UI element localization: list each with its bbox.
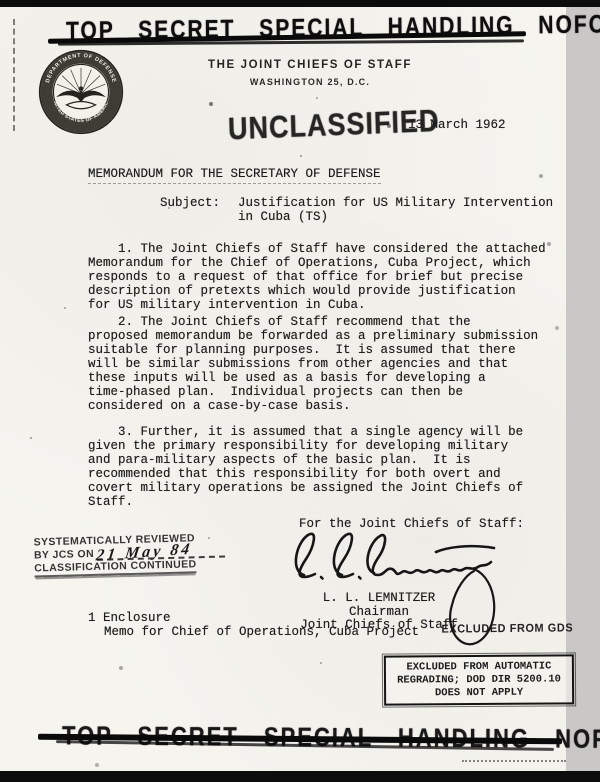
regrading-line1: EXCLUDED FROM AUTOMATIC bbox=[388, 660, 570, 674]
scan-artifact-dashes bbox=[462, 760, 566, 762]
department-of-defense-seal: DEPARTMENT OF DEFENSE UNITED STATES OF A… bbox=[38, 49, 124, 135]
enclosure-block: 1 Enclosure Memo for Chief of Operations… bbox=[88, 611, 419, 639]
enclosure-item: Memo for Chief of Operations, Cuba Proje… bbox=[104, 625, 419, 639]
paragraph-1: 1. The Joint Chiefs of Staff have consid… bbox=[88, 242, 558, 312]
signer-name: L. L. LEMNITZER bbox=[288, 592, 470, 606]
regrading-stamp-box: EXCLUDED FROM AUTOMATIC REGRADING; DOD D… bbox=[384, 654, 574, 705]
letterhead-agency: THE JOINT CHIEFS OF STAFF bbox=[160, 59, 460, 71]
document-page: TOP SECRET SPECIAL HANDLING NOFORN DEPAR bbox=[0, 7, 566, 771]
paragraph-3: 3. Further, it is assumed that a single … bbox=[88, 425, 558, 509]
subject-text: Justification for US Military Interventi… bbox=[238, 196, 553, 224]
closing-line: For the Joint Chiefs of Staff: bbox=[299, 517, 524, 531]
regrading-line2: REGRADING; DOD DIR 5200.10 bbox=[388, 673, 570, 687]
letterhead-address: WASHINGTON 25, D.C. bbox=[160, 77, 460, 87]
scanned-document: TOP SECRET SPECIAL HANDLING NOFORN DEPAR bbox=[0, 0, 600, 782]
subject-label: Subject: bbox=[160, 196, 220, 224]
page-edge-marks bbox=[13, 19, 15, 131]
scan-edge-bottom bbox=[0, 771, 600, 782]
excluded-from-gds-stamp: EXCLUDED FROM GDS bbox=[441, 622, 573, 635]
scan-edge-top bbox=[0, 0, 600, 7]
document-date: 13 March 1962 bbox=[408, 118, 506, 132]
memo-heading: MEMORANDUM FOR THE SECRETARY OF DEFENSE bbox=[88, 167, 381, 184]
enclosure-count: 1 Enclosure bbox=[88, 611, 419, 625]
regrading-line3: DOES NOT APPLY bbox=[388, 686, 570, 700]
scan-noise bbox=[0, 7, 2, 9]
paragraph-2: 2. The Joint Chiefs of Staff recommend t… bbox=[88, 315, 558, 413]
subject-block: Subject: Justification for US Military I… bbox=[160, 196, 553, 224]
